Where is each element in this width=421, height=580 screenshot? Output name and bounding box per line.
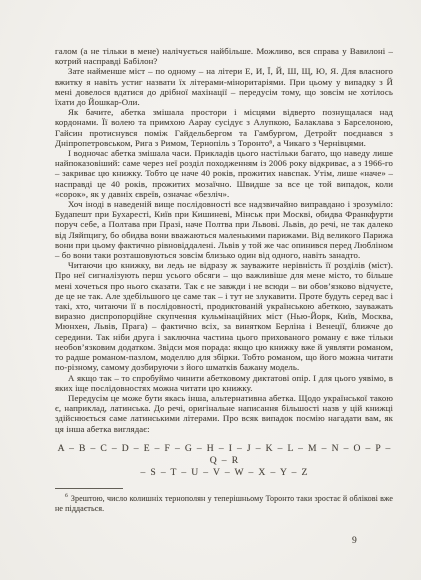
latin-alphabet: A – B – C – D – E – F – G – H – I – J – …	[55, 443, 393, 479]
paragraph: І водночас абетка змішала часи. Прикладі…	[55, 148, 393, 199]
footnote-text: Зрештою, число колишніх тернополян у теп…	[55, 494, 393, 513]
alphabet-line-1: A – B – C – D – E – F – G – H – I – J – …	[55, 443, 393, 467]
footnote-marker: 6	[65, 493, 68, 499]
paragraph: А якщо так – то спробуймо чинити абетков…	[55, 373, 393, 393]
page-text-block: галом (а не тільки в мене) налічується н…	[55, 46, 393, 513]
book-page: галом (а не тільки в мене) налічується н…	[0, 0, 421, 580]
footnote-separator	[55, 488, 123, 489]
alphabet-line-2: – S – T – U – V – W – X – Y – Z	[55, 467, 393, 479]
paragraph: Хоч іноді в наведеній вище послідовності…	[55, 199, 393, 260]
page-number: 9	[352, 536, 357, 546]
paragraph: Як бачите, абетка змішала простори і міс…	[55, 107, 393, 148]
paragraph: Передусім це може бути якась інша, альте…	[55, 393, 393, 434]
paragraph: Зате найменше міст – по одному – на літе…	[55, 66, 393, 107]
paragraph: Читаючи цю книжку, ви ледь не відразу ж …	[55, 260, 393, 372]
paragraph-continuation: галом (а не тільки в мене) налічується н…	[55, 46, 393, 66]
footnote: 6Зрештою, число колишніх тернополян у те…	[55, 494, 393, 514]
